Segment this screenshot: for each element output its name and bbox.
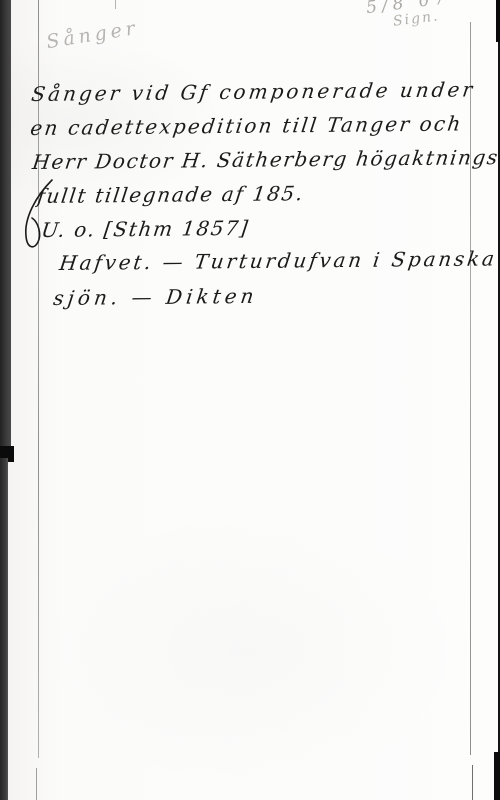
- manuscript-line-4: fullt tillegnade af 185.: [36, 181, 306, 208]
- manuscript-line-1: Sånger vid Gf componerade under: [30, 77, 477, 106]
- margin-rule-right-lower: [472, 765, 473, 800]
- manuscript-line-7: sjön. — Dikten: [52, 284, 259, 310]
- margin-rule-right: [470, 22, 471, 755]
- manuscript-line-5: U. o. [Sthm 1857]: [40, 216, 251, 242]
- manuscript-line-6: Hafvet. — Turturdufvan i Spanska: [58, 246, 499, 275]
- manuscript-line-3: Herr Doctor H. Sätherberg högaktnings-: [31, 145, 500, 174]
- pencil-note-title: Sånger: [45, 17, 140, 53]
- scan-edge-right-top: [496, 0, 500, 42]
- manuscript-line-2: en cadettexpedition till Tanger och: [29, 111, 464, 140]
- margin-rule-left-lower: [36, 768, 37, 800]
- scan-gutter-left-top: [0, 0, 11, 452]
- scan-edge-right-bottom: [494, 752, 500, 800]
- margin-rule-left: [38, 0, 39, 758]
- scan-gutter-left-bottom: [0, 458, 8, 800]
- margin-rule-top-tick: [115, 0, 116, 9]
- manuscript-scan-page: Sånger 5/8 07 Sign. Sånger vid Gf compon…: [0, 0, 500, 800]
